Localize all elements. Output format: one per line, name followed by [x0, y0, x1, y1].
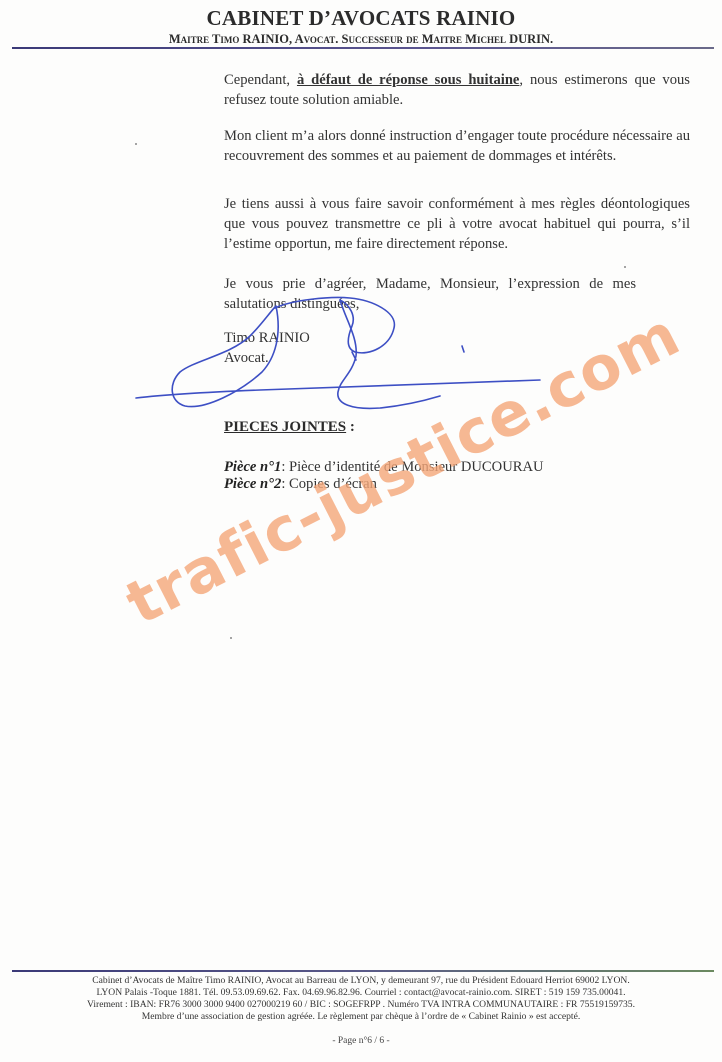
paragraph-closing: Je vous prie d’agréer, Madame, Monsieur,…: [224, 274, 690, 314]
scan-speck: [230, 637, 232, 639]
scan-speck: [624, 266, 626, 268]
footer-line: Membre d’une association de gestion agré…: [0, 1011, 722, 1023]
footer-line: Cabinet d’Avocats de Maître Timo RAINIO,…: [0, 975, 722, 987]
deadline-emphasis: à défaut de réponse sous huitaine: [297, 72, 519, 88]
attachments-heading-text: PIECES JOINTES: [224, 419, 346, 435]
letterhead-subtitle: Maitre Timo RAINIO, Avocat. Successeur d…: [0, 32, 722, 47]
header-divider: [12, 47, 714, 49]
paragraph-instruction: Mon client m’a alors donné instruction d…: [224, 126, 690, 166]
attachment-label: Pièce n°1: [224, 459, 281, 475]
signatory-block: Timo RAINIO Avocat.: [224, 328, 310, 368]
closing-line-2: salutations distinguées,: [224, 294, 690, 314]
attachments-heading-colon: :: [346, 419, 355, 435]
letterhead-title: CABINET D’AVOCATS RAINIO: [0, 6, 722, 31]
footer-line: Virement : IBAN: FR76 3000 3000 9400 027…: [0, 999, 722, 1011]
footer-divider: [12, 970, 714, 972]
footer-line: LYON Palais -Toque 1881. Tél. 09.53.09.6…: [0, 987, 722, 999]
scan-speck: [135, 143, 137, 145]
page-number: - Page n°6 / 6 -: [0, 1036, 722, 1046]
paragraph-deadline: Cependant, à défaut de réponse sous huit…: [224, 70, 690, 110]
footer-contact: Cabinet d’Avocats de Maître Timo RAINIO,…: [0, 975, 722, 1023]
paragraph-deadline-start: Cependant,: [224, 72, 297, 88]
signatory-role: Avocat.: [224, 348, 310, 368]
attachments-heading: PIECES JOINTES :: [224, 419, 355, 436]
attachment-label: Pièce n°2: [224, 476, 281, 492]
paragraph-deontology: Je tiens aussi à vous faire savoir confo…: [224, 194, 690, 254]
closing-line-1: Je vous prie d’agréer, Madame, Monsieur,…: [224, 274, 636, 294]
watermark-text: trafic-justice.com: [118, 304, 689, 635]
signatory-name: Timo RAINIO: [224, 328, 310, 348]
